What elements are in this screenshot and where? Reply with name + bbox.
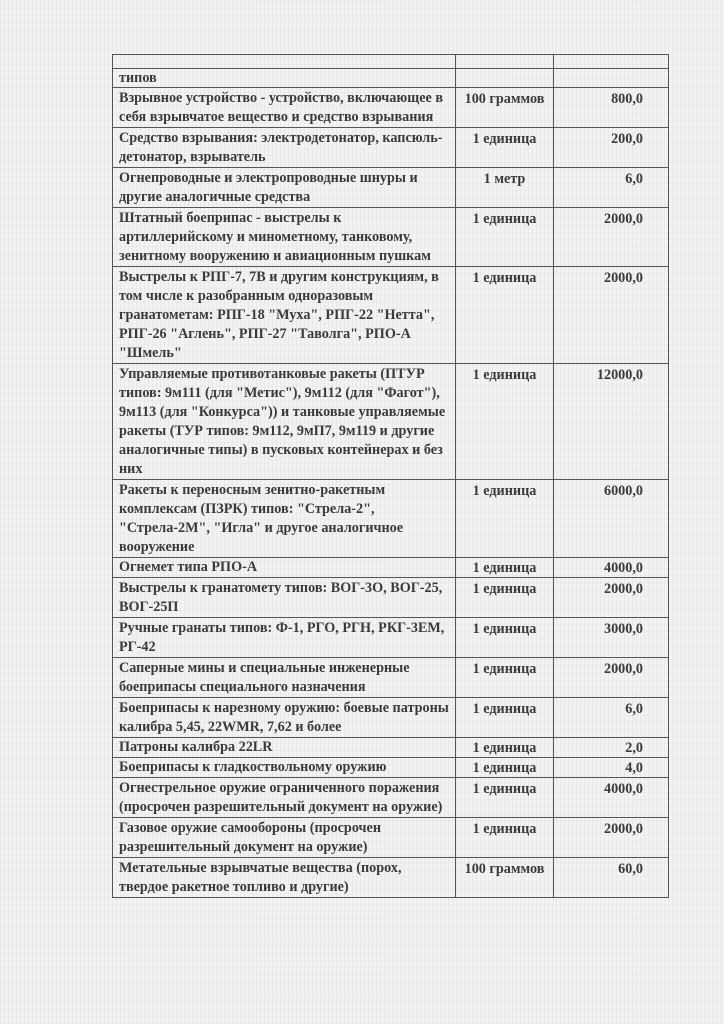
table-row: Взрывное устройство - устройство, включа… <box>113 88 669 128</box>
table-row: Огнестрельное оружие ограниченного пораж… <box>113 778 669 818</box>
table-row: Боеприпасы к гладкоствольному оружию1 ед… <box>113 758 669 778</box>
table-row: Метательные взрывчатые вещества (порох, … <box>113 858 669 898</box>
table-row: типов <box>113 69 669 88</box>
table-row: Управляемые противотанковые ракеты (ПТУР… <box>113 364 669 480</box>
price-cell: 200,0 <box>554 128 669 168</box>
unit-cell: 1 единица <box>456 267 554 364</box>
item-name-cell: типов <box>113 69 456 88</box>
item-name-cell: Саперные мины и специальные инженерные б… <box>113 658 456 698</box>
item-name-cell: Огнестрельное оружие ограниченного пораж… <box>113 778 456 818</box>
unit-cell <box>456 55 554 69</box>
unit-cell: 1 единица <box>456 364 554 480</box>
unit-cell: 100 граммов <box>456 88 554 128</box>
unit-cell: 1 единица <box>456 738 554 758</box>
table-row: Средство взрывания: электродетонатор, ка… <box>113 128 669 168</box>
item-name-cell: Газовое оружие самообороны (просрочен ра… <box>113 818 456 858</box>
price-cell: 2000,0 <box>554 658 669 698</box>
item-name-cell <box>113 55 456 69</box>
unit-cell: 1 единица <box>456 578 554 618</box>
price-cell: 6000,0 <box>554 480 669 558</box>
price-cell: 800,0 <box>554 88 669 128</box>
price-cell: 6,0 <box>554 168 669 208</box>
item-name-cell: Огнемет типа РПО-А <box>113 558 456 578</box>
price-table-body: типовВзрывное устройство - устройство, в… <box>113 55 669 898</box>
price-cell <box>554 55 669 69</box>
item-name-cell: Патроны калибра 22LR <box>113 738 456 758</box>
unit-cell: 1 единица <box>456 758 554 778</box>
table-row: Огнепроводные и электропроводные шнуры и… <box>113 168 669 208</box>
unit-cell: 100 граммов <box>456 858 554 898</box>
unit-cell: 1 единица <box>456 480 554 558</box>
table-row: Ракеты к переносным зенитно-ракетным ком… <box>113 480 669 558</box>
table-row: Ручные гранаты типов: Ф-1, РГО, РГН, РКГ… <box>113 618 669 658</box>
item-name-cell: Метательные взрывчатые вещества (порох, … <box>113 858 456 898</box>
price-cell <box>554 69 669 88</box>
unit-cell: 1 метр <box>456 168 554 208</box>
item-name-cell: Штатный боеприпас - выстрелы к артиллери… <box>113 208 456 267</box>
price-cell: 2000,0 <box>554 208 669 267</box>
unit-cell: 1 единица <box>456 698 554 738</box>
price-cell: 60,0 <box>554 858 669 898</box>
item-name-cell: Боеприпасы к нарезному оружию: боевые па… <box>113 698 456 738</box>
item-name-cell: Боеприпасы к гладкоствольному оружию <box>113 758 456 778</box>
price-cell: 4000,0 <box>554 558 669 578</box>
price-cell: 2000,0 <box>554 267 669 364</box>
price-table: типовВзрывное устройство - устройство, в… <box>112 54 669 898</box>
item-name-cell: Ручные гранаты типов: Ф-1, РГО, РГН, РКГ… <box>113 618 456 658</box>
unit-cell: 1 единица <box>456 778 554 818</box>
unit-cell: 1 единица <box>456 128 554 168</box>
price-cell: 4,0 <box>554 758 669 778</box>
unit-cell: 1 единица <box>456 818 554 858</box>
table-row: Боеприпасы к нарезному оружию: боевые па… <box>113 698 669 738</box>
document-page: типовВзрывное устройство - устройство, в… <box>112 54 668 898</box>
price-cell: 2000,0 <box>554 818 669 858</box>
table-row: Патроны калибра 22LR1 единица2,0 <box>113 738 669 758</box>
unit-cell: 1 единица <box>456 658 554 698</box>
price-cell: 6,0 <box>554 698 669 738</box>
item-name-cell: Ракеты к переносным зенитно-ракетным ком… <box>113 480 456 558</box>
price-cell: 3000,0 <box>554 618 669 658</box>
price-cell: 2,0 <box>554 738 669 758</box>
item-name-cell: Выстрелы к РПГ-7, 7В и другим конструкци… <box>113 267 456 364</box>
table-row: Саперные мины и специальные инженерные б… <box>113 658 669 698</box>
table-row: Выстрелы к РПГ-7, 7В и другим конструкци… <box>113 267 669 364</box>
item-name-cell: Взрывное устройство - устройство, включа… <box>113 88 456 128</box>
item-name-cell: Огнепроводные и электропроводные шнуры и… <box>113 168 456 208</box>
unit-cell: 1 единица <box>456 558 554 578</box>
table-row: Штатный боеприпас - выстрелы к артиллери… <box>113 208 669 267</box>
item-name-cell: Средство взрывания: электродетонатор, ка… <box>113 128 456 168</box>
price-cell: 4000,0 <box>554 778 669 818</box>
price-cell: 2000,0 <box>554 578 669 618</box>
item-name-cell: Выстрелы к гранатомету типов: ВОГ-3О, ВО… <box>113 578 456 618</box>
table-row: Газовое оружие самообороны (просрочен ра… <box>113 818 669 858</box>
unit-cell: 1 единица <box>456 618 554 658</box>
table-row: Огнемет типа РПО-А1 единица4000,0 <box>113 558 669 578</box>
table-row: Выстрелы к гранатомету типов: ВОГ-3О, ВО… <box>113 578 669 618</box>
unit-cell <box>456 69 554 88</box>
unit-cell: 1 единица <box>456 208 554 267</box>
table-row <box>113 55 669 69</box>
item-name-cell: Управляемые противотанковые ракеты (ПТУР… <box>113 364 456 480</box>
price-cell: 12000,0 <box>554 364 669 480</box>
